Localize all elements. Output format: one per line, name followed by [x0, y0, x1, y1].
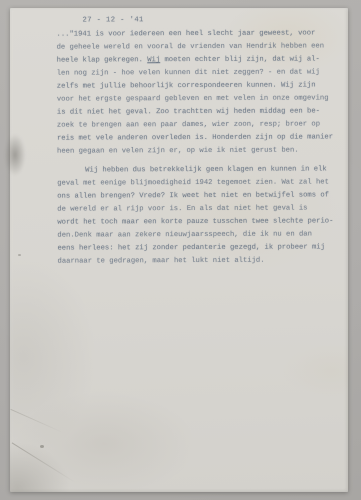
typed-line: reis met vele anderen overleden is. Hond…: [57, 131, 341, 145]
typed-line: zelfs met jullie behoorlijk correspondee…: [57, 79, 341, 93]
typed-line: eens herlees: het zij zonder pedanterie …: [57, 241, 341, 255]
date-line: 27 - 12 - '41: [82, 13, 340, 27]
typed-line: ..."1941 is voor iedereen een heel slech…: [57, 27, 341, 41]
typed-line: de geheele wereld en vooral de vrienden …: [57, 40, 341, 54]
typed-line: heele klap gekregen. Wij moeten echter b…: [57, 53, 341, 67]
typed-line: is dit niet het geval. Zoo trachtten wij…: [57, 105, 341, 119]
typed-line: voor het ergste gespaard gebleven en met…: [57, 92, 341, 106]
paper-speck: [40, 445, 44, 448]
typed-line: Wij hebben dus betrekkelijk geen klagen …: [57, 163, 341, 177]
paragraph-1: ..."1941 is voor iedereen een heel slech…: [57, 27, 342, 158]
paragraph-2: Wij hebben dus betrekkelijk geen klagen …: [57, 163, 341, 268]
typed-line: den.Denk maar aan zekere nieuwjaarsspeec…: [57, 228, 341, 242]
line-segment: moeten echter blij zijn, dat wij al-: [160, 55, 320, 64]
typed-letter-content: 27 - 12 - '41 ..."1941 is voor iedereen …: [56, 13, 341, 268]
typed-line: zoek te brengen aan een paar dames, wier…: [57, 118, 341, 132]
typed-line: geval met eenige blijmoedigheid 1942 teg…: [57, 176, 341, 190]
paper-speck: [18, 254, 21, 256]
scanner-background: 27 - 12 - '41 ..."1941 is voor iedereen …: [0, 0, 361, 500]
letter-page: 27 - 12 - '41 ..."1941 is voor iedereen …: [10, 8, 348, 492]
typed-line: len nog zijn - hoe velen kunnen dit niet…: [57, 66, 341, 80]
line-segment: heele klap gekregen.: [57, 56, 148, 64]
typed-line: heen gegaan en velen zijn er, op wie ik …: [57, 144, 341, 158]
underlined-word: Wij: [147, 56, 160, 64]
left-edge-stain: [3, 126, 33, 184]
typed-line: daarnaar te gedragen, maar het lukt niet…: [57, 254, 341, 268]
typed-line: wordt het toch maar een korte pauze tuss…: [57, 215, 341, 229]
typed-line: de wereld er al rijp voor is. En als dat…: [57, 202, 341, 216]
typed-line: ons allen brengen? Vrede? Ik weet het ni…: [57, 189, 341, 203]
